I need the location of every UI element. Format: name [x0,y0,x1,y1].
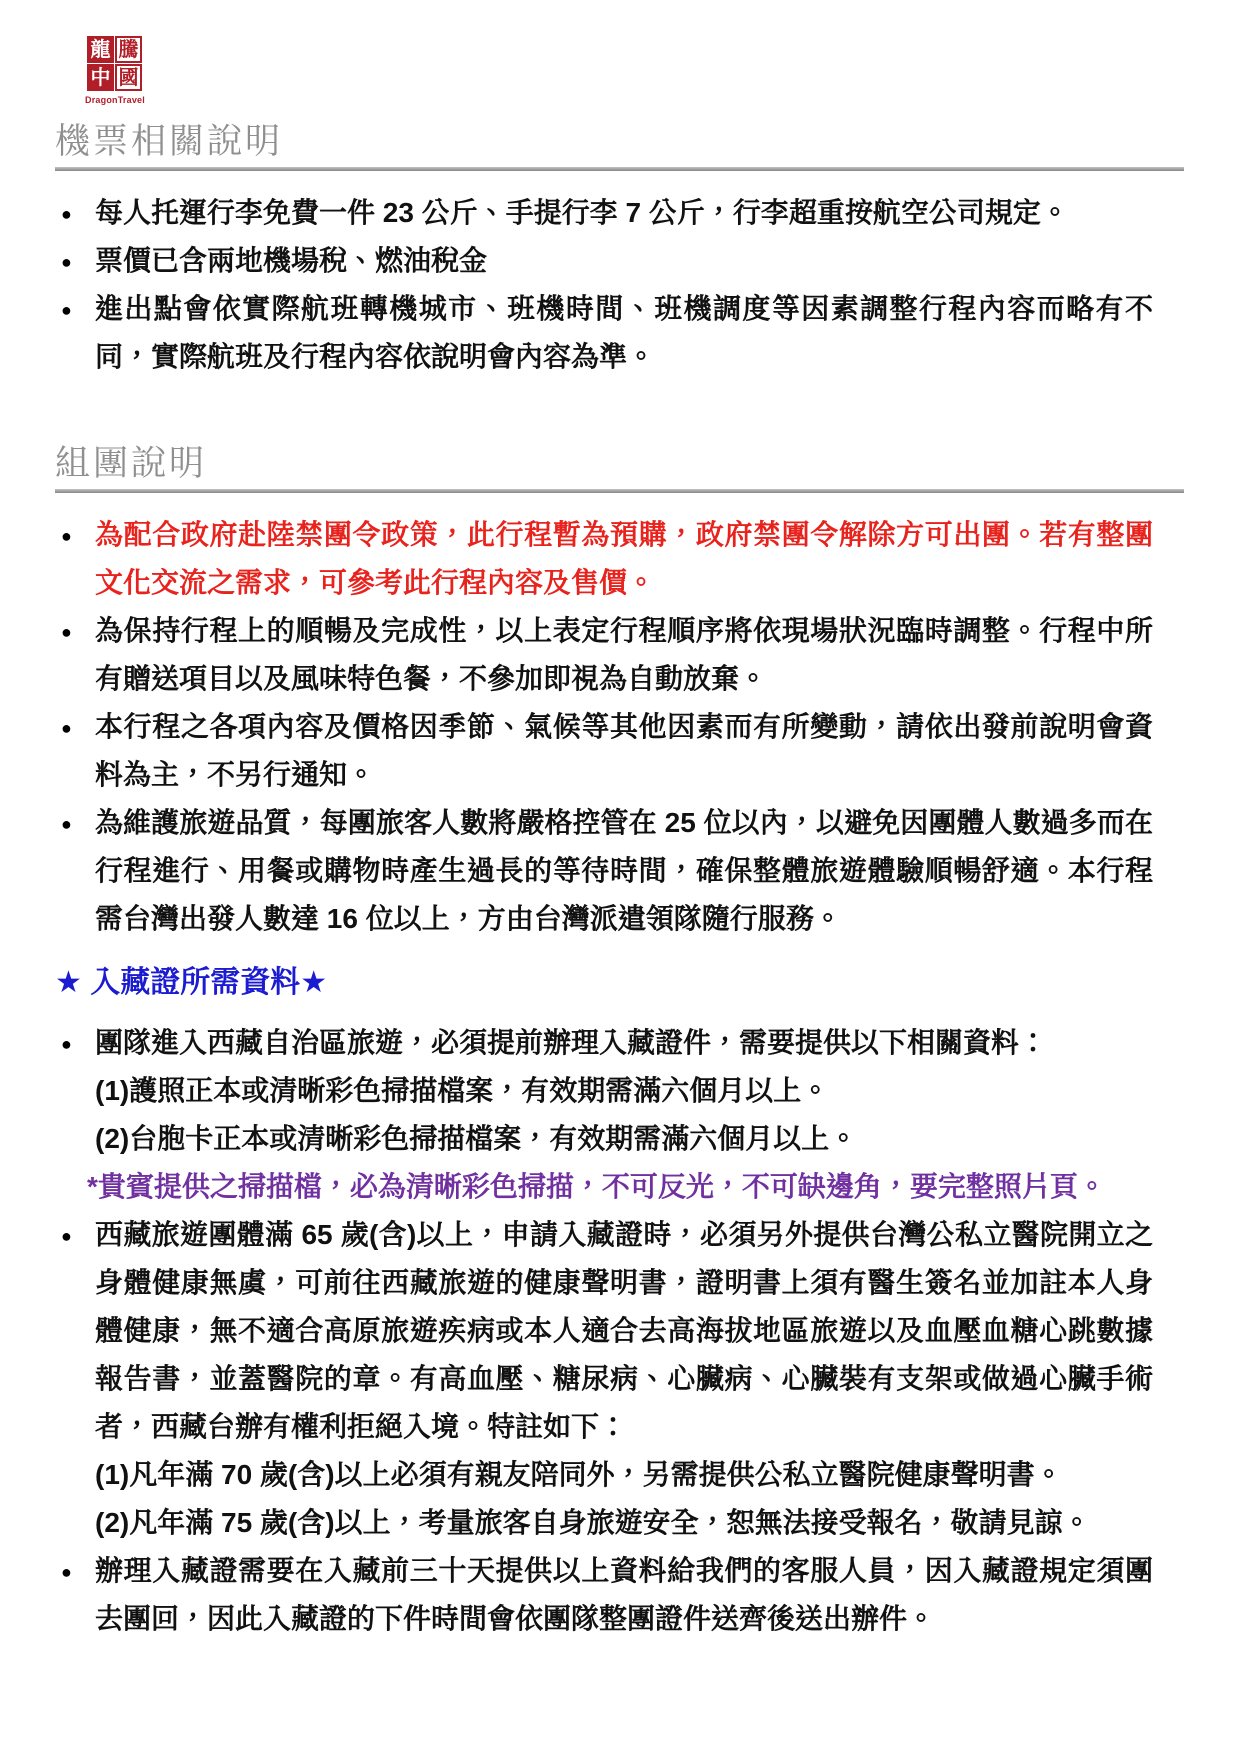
bullet-icon: ● [61,704,72,752]
seal-char-tl: 龍 [87,36,114,63]
bullet-text: 辦理入藏證需要在入藏前三十天提供以上資料給我們的客服人員，因入藏證規定須團去團回… [95,1555,1153,1634]
bullet-icon: ● [61,190,72,238]
section-heading-ticket: 機票相關說明 [55,121,1186,163]
bullet-item: ● 團隊進入西藏自治區旅遊，必須提前辦理入藏證件，需要提供以下相關資料： (1)… [59,1019,1153,1211]
bullet-text: 為維護旅遊品質，每團旅客人數將嚴格控管在 25 位以內，以避免因團體人數過多而在… [95,807,1153,934]
bullet-item: ● 進出點會依實際航班轉機城市、班機時間、班機調度等因素調整行程內容而略有不同，… [59,285,1153,381]
bullet-icon: ● [61,512,72,560]
bullet-text: 為保持行程上的順暢及完成性，以上表定行程順序將依現場狀況臨時調整。行程中所有贈送… [95,615,1153,694]
bullet-item: ● 本行程之各項內容及價格因季節、氣候等其他因素而有所變動，請依出發前說明會資料… [59,703,1153,799]
bullet-icon: ● [61,608,72,656]
bullet-item: ● 票價已含兩地機場稅、燃油稅金 [59,237,1153,285]
bullet-icon: ● [61,1548,72,1596]
seal-char-br: 國 [115,64,142,91]
sub-line-taibao-card: (2)台胞卡正本或清晰彩色掃描檔案，有效期需滿六個月以上。 [95,1115,1153,1163]
sub-line-age-70: (1)凡年滿 70 歲(含)以上必須有親友陪同外，另需提供公私立醫院健康聲明書。 [95,1451,1153,1499]
logo-seal-icon: 龍 騰 中 國 [87,36,143,91]
bullet-text: 每人托運行李免費一件 23 公斤、手提行李 7 公斤，行李超重按航空公司規定。 [95,197,1069,228]
heading-rule [55,489,1184,493]
document-page: 龍 騰 中 國 DragonTravel 機票相關說明 ● 每人托運行李免費一件… [0,0,1241,1755]
sub-line-passport: (1)護照正本或清晰彩色掃描檔案，有效期需滿六個月以上。 [95,1067,1153,1115]
bullet-item: ● 為維護旅遊品質，每團旅客人數將嚴格控管在 25 位以內，以避免因團體人數過多… [59,799,1153,943]
tibet-bullet-list: ● 團隊進入西藏自治區旅遊，必須提前辦理入藏證件，需要提供以下相關資料： (1)… [59,1019,1153,1643]
bullet-text: 為配合政府赴陸禁團令政策，此行程暫為預購，政府禁團令解除方可出團。若有整團文化交… [95,519,1153,598]
bullet-item: ● 每人托運行李免費一件 23 公斤、手提行李 7 公斤，行李超重按航空公司規定… [59,189,1153,237]
bullet-item: ● 西藏旅遊團體滿 65 歲(含)以上，申請入藏證時，必須另外提供台灣公私立醫院… [59,1211,1153,1547]
bullet-item: ● 為保持行程上的順暢及完成性，以上表定行程順序將依現場狀況臨時調整。行程中所有… [59,607,1153,703]
group-bullet-list: ● 為配合政府赴陸禁團令政策，此行程暫為預購，政府禁團令解除方可出團。若有整團文… [59,511,1153,943]
bullet-text: 西藏旅遊團體滿 65 歲(含)以上，申請入藏證時，必須另外提供台灣公私立醫院開立… [95,1219,1153,1442]
tibet-permit-heading: ★ 入藏證所需資料★ [55,961,1153,1005]
bullet-icon: ● [61,1020,72,1068]
bullet-item: ● 辦理入藏證需要在入藏前三十天提供以上資料給我們的客服人員，因入藏證規定須團去… [59,1547,1153,1643]
bullet-icon: ● [61,238,72,286]
seal-char-tr: 騰 [115,36,142,63]
dragon-travel-logo: 龍 騰 中 國 DragonTravel [80,36,150,105]
scan-quality-note: *貴賓提供之掃描檔，必為清晰彩色掃描，不可反光，不可缺邊角，要完整照片頁。 [87,1163,1153,1211]
bullet-text: 團隊進入西藏自治區旅遊，必須提前辦理入藏證件，需要提供以下相關資料： [95,1027,1047,1058]
seal-char-bl: 中 [87,64,114,91]
section-heading-group: 組團說明 [55,443,1186,485]
ticket-bullet-list: ● 每人托運行李免費一件 23 公斤、手提行李 7 公斤，行李超重按航空公司規定… [59,189,1153,381]
logo-wordmark: DragonTravel [80,95,150,105]
bullet-text: 本行程之各項內容及價格因季節、氣候等其他因素而有所變動，請依出發前說明會資料為主… [95,711,1153,790]
bullet-icon: ● [61,1212,72,1260]
bullet-text: 票價已含兩地機場稅、燃油稅金 [95,245,487,276]
sub-line-age-75: (2)凡年滿 75 歲(含)以上，考量旅客自身旅遊安全，恕無法接受報名，敬請見諒… [95,1499,1153,1547]
heading-rule [55,167,1184,171]
bullet-icon: ● [61,800,72,848]
bullet-text: 進出點會依實際航班轉機城市、班機時間、班機調度等因素調整行程內容而略有不同，實際… [95,293,1153,372]
section-spacer [0,381,1241,403]
bullet-item-red-notice: ● 為配合政府赴陸禁團令政策，此行程暫為預購，政府禁團令解除方可出團。若有整團文… [59,511,1153,607]
bullet-icon: ● [61,286,72,334]
